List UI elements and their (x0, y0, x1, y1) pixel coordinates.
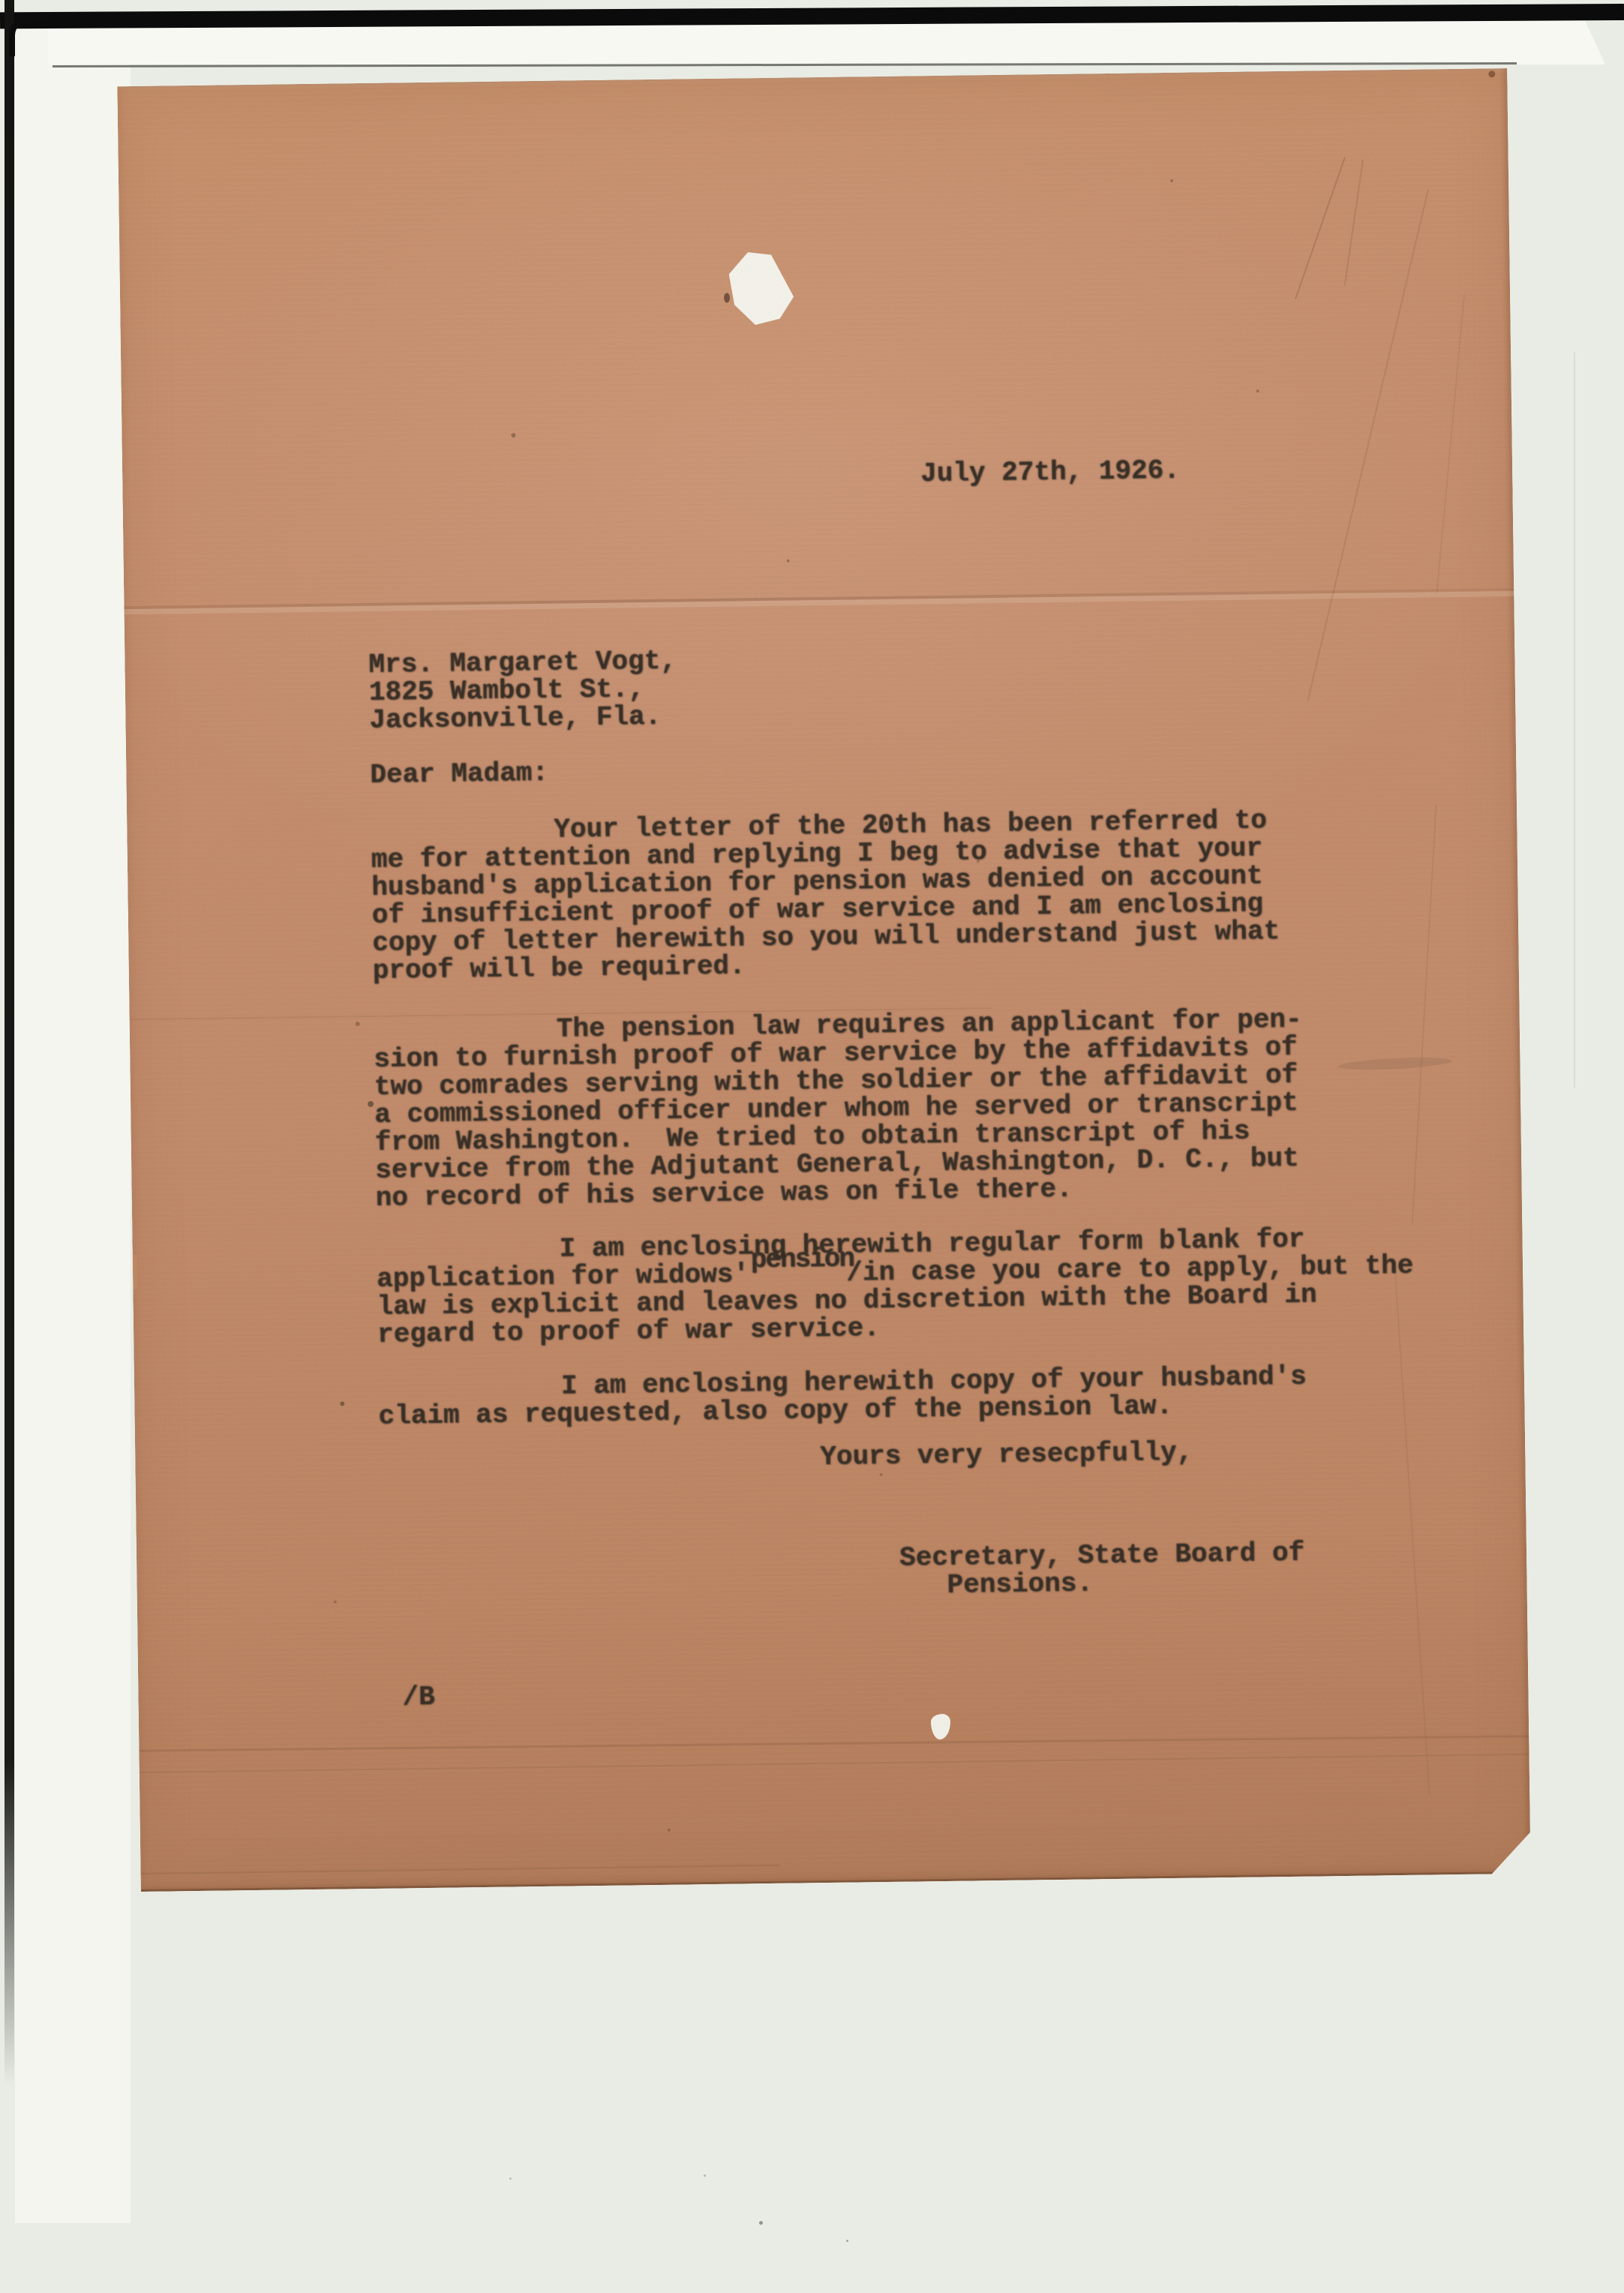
letter-paper: July 27th, 1926. Mrs. Margaret Vogt, 182… (117, 68, 1530, 1892)
letter-content: July 27th, 1926. Mrs. Margaret Vogt, 182… (117, 68, 1530, 1892)
salutation-line: Dear Madam: (370, 759, 548, 789)
scanner-frame-left-edge (5, 0, 14, 2085)
signature-line: Secretary, State Board of (899, 1539, 1305, 1572)
recipient-address: Mrs. Margaret Vogt, 1825 Wambolt St., Ja… (368, 647, 677, 734)
closing: Yours very resecpfully, (820, 1439, 1193, 1472)
signature-block: Secretary, State Board of Pensions. (899, 1539, 1305, 1600)
typist-initials: /B (402, 1683, 435, 1712)
closing-line: Yours very resecpfully, (820, 1439, 1193, 1472)
letter-date: July 27th, 1926. (920, 457, 1180, 488)
body-paragraph-1: Your letter of the 20th has been referre… (371, 806, 1280, 985)
body-paragraph-3: I am enclosing herewith regular form bla… (376, 1224, 1414, 1349)
background-scratch (1574, 353, 1575, 1088)
inserted-word-pension: pension (751, 1245, 854, 1274)
background-specks (0, 0, 2, 2)
address-line: Jacksonville, Fla. (369, 703, 677, 734)
salutation: Dear Madam: (370, 759, 548, 789)
body-paragraph-4: I am enclosing herewith copy of your hus… (378, 1363, 1307, 1430)
date-line: July 27th, 1926. (920, 457, 1180, 488)
scan-left-margin (15, 18, 131, 2223)
body-paragraph-2: The pension law requires an applicant fo… (374, 1006, 1304, 1212)
initials-line: /B (402, 1683, 435, 1712)
signature-line: Pensions. (947, 1567, 1305, 1599)
scanner-frame-corner (9, 16, 50, 56)
